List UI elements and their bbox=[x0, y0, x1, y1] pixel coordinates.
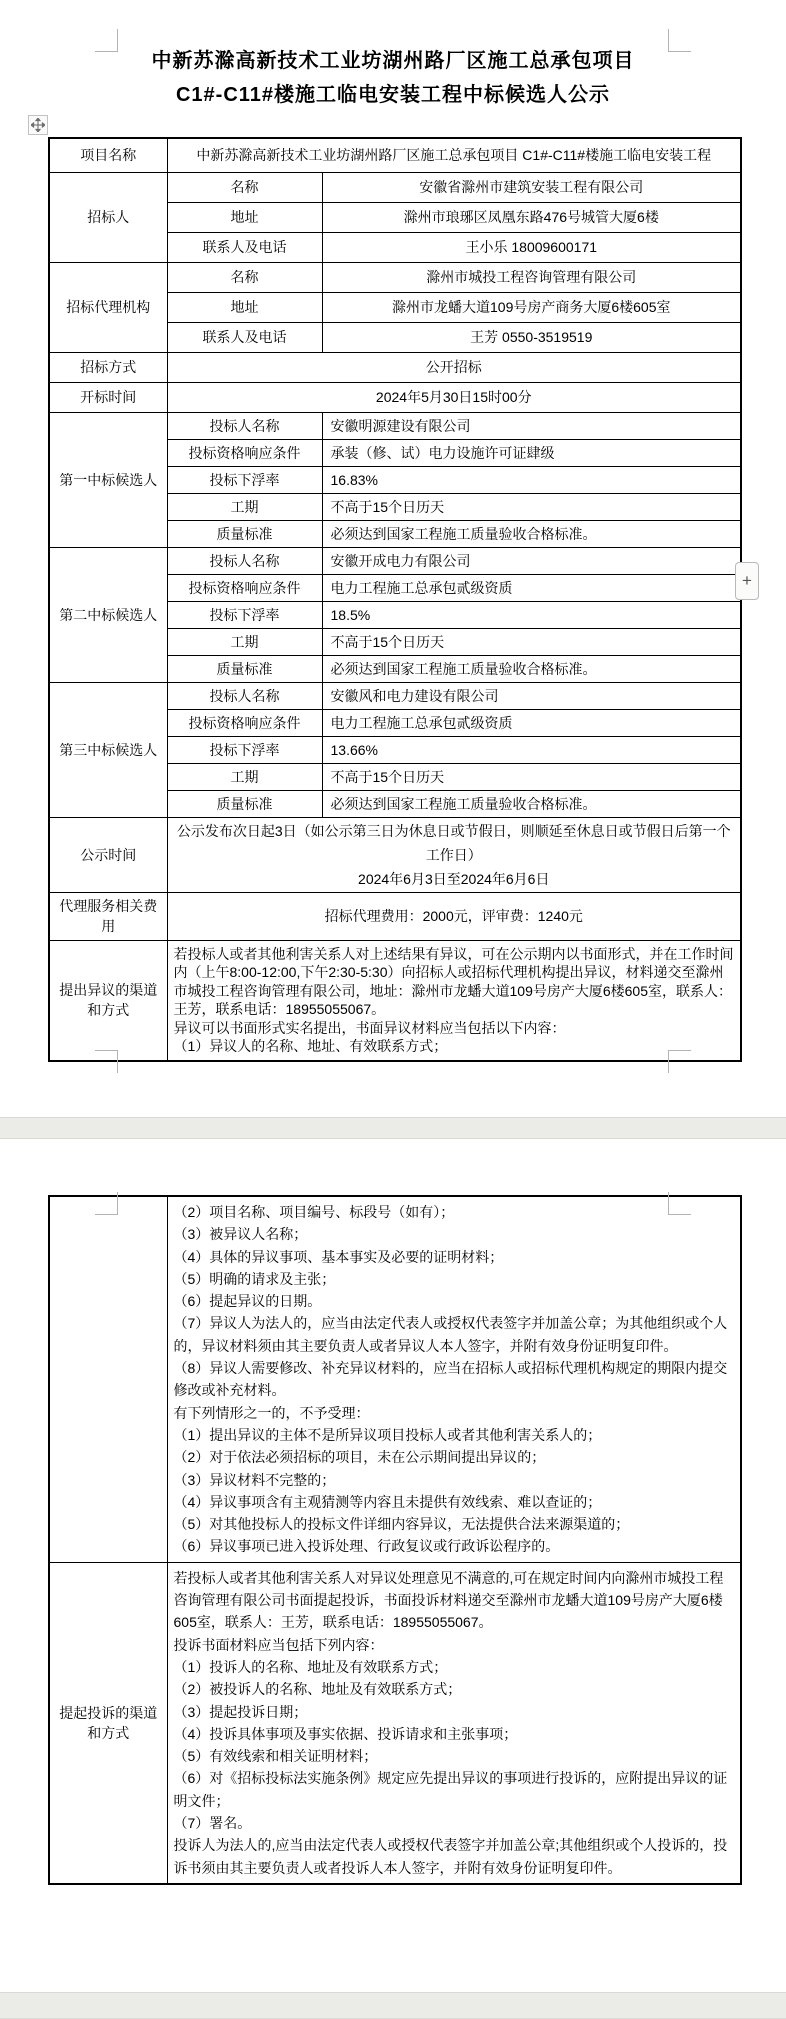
table-row: 公示时间 公示发布次日起3日（如公示第三日为休息日或节假日，则顺延至休息日或节假… bbox=[49, 817, 741, 892]
candidate2-label: 第二中标候选人 bbox=[49, 547, 167, 682]
page-2: （2）项目名称、项目编号、标段号（如有）； （3）被异议人名称； （4）具体的异… bbox=[0, 1139, 786, 1992]
agency-address-value: 滁州市龙蟠大道109号房产商务大厦6楼605室 bbox=[322, 292, 741, 322]
table-row: 第一中标候选人 投标人名称 安徽明源建设有限公司 bbox=[49, 412, 741, 439]
margin-corner-mark bbox=[668, 29, 691, 52]
candidate1-discount-value: 16.83% bbox=[322, 466, 741, 493]
agency-contact-value: 王芳 0550-3519519 bbox=[322, 322, 741, 352]
table-row: 项目名称 中新苏滁高新技术工业坊湖州路厂区施工总承包项目 C1#-C11#楼施工… bbox=[49, 138, 741, 172]
tenderer-contact-value: 王小乐 18009600171 bbox=[322, 232, 741, 262]
document-viewport: 中新苏滁高新技术工业坊湖州路厂区施工总承包项目 C1#-C11#楼施工临电安装工… bbox=[0, 0, 786, 2019]
objection-channel-text-page1: 若投标人或者其他利害关系人对上述结果有异议，可在公示期内以书面形式，并在工作时间… bbox=[167, 940, 741, 1061]
candidate1-bidder-label: 投标人名称 bbox=[167, 412, 322, 439]
tenderer-name-label: 名称 bbox=[167, 172, 322, 202]
table-row: 第二中标候选人 投标人名称 安徽开成电力有限公司 bbox=[49, 547, 741, 574]
candidate3-duration-value: 不高于15个日历天 bbox=[322, 763, 741, 790]
table-row: 招标方式 公开招标 bbox=[49, 352, 741, 382]
candidate1-qualification-value: 承装（修、试）电力设施许可证肆级 bbox=[322, 439, 741, 466]
publicity-time-label: 公示时间 bbox=[49, 817, 167, 892]
candidate3-bidder-label: 投标人名称 bbox=[167, 682, 322, 709]
agency-name-label: 名称 bbox=[167, 262, 322, 292]
move-icon bbox=[31, 118, 45, 132]
objection-channel-label-continued bbox=[49, 1196, 167, 1562]
agency-label: 招标代理机构 bbox=[49, 262, 167, 352]
tenderer-contact-label: 联系人及电话 bbox=[167, 232, 322, 262]
candidate3-quality-label: 质量标准 bbox=[167, 790, 322, 817]
bid-result-table-continued: （2）项目名称、项目编号、标段号（如有）； （3）被异议人名称； （4）具体的异… bbox=[48, 1195, 742, 1885]
candidate3-bidder-value: 安徽风和电力建设有限公司 bbox=[322, 682, 741, 709]
candidate2-quality-value: 必须达到国家工程施工质量验收合格标准。 bbox=[322, 655, 741, 682]
candidate3-discount-label: 投标下浮率 bbox=[167, 736, 322, 763]
candidate2-quality-label: 质量标准 bbox=[167, 655, 322, 682]
candidate1-duration-value: 不高于15个日历天 bbox=[322, 493, 741, 520]
bid-method-label: 招标方式 bbox=[49, 352, 167, 382]
margin-corner-mark bbox=[668, 1192, 691, 1215]
complaint-channel-label: 提起投诉的渠道和方式 bbox=[49, 1562, 167, 1884]
candidate1-discount-label: 投标下浮率 bbox=[167, 466, 322, 493]
candidate3-qualification-label: 投标资格响应条件 bbox=[167, 709, 322, 736]
document-title-line2: C1#-C11#楼施工临电安装工程中标候选人公示 bbox=[0, 78, 786, 112]
agency-fee-value: 招标代理费用：2000元，评审费：1240元 bbox=[167, 892, 741, 940]
table-row: 第三中标候选人 投标人名称 安徽风和电力建设有限公司 bbox=[49, 682, 741, 709]
table-row: 提起投诉的渠道和方式 若投标人或者其他利害关系人对异议处理意见不满意的,可在规定… bbox=[49, 1562, 741, 1884]
agency-fee-label: 代理服务相关费用 bbox=[49, 892, 167, 940]
candidate1-qualification-label: 投标资格响应条件 bbox=[167, 439, 322, 466]
candidate1-bidder-value: 安徽明源建设有限公司 bbox=[322, 412, 741, 439]
bid-open-time-label: 开标时间 bbox=[49, 382, 167, 412]
project-name-value: 中新苏滁高新技术工业坊湖州路厂区施工总承包项目 C1#-C11#楼施工临电安装工… bbox=[167, 138, 741, 172]
bid-open-time-value: 2024年5月30日15时00分 bbox=[167, 382, 741, 412]
candidate2-discount-label: 投标下浮率 bbox=[167, 601, 322, 628]
candidate3-label: 第三中标候选人 bbox=[49, 682, 167, 817]
table-row: 开标时间 2024年5月30日15时00分 bbox=[49, 382, 741, 412]
margin-corner-mark bbox=[668, 1050, 691, 1073]
page-1: 中新苏滁高新技术工业坊湖州路厂区施工总承包项目 C1#-C11#楼施工临电安装工… bbox=[0, 0, 786, 1117]
candidate2-bidder-label: 投标人名称 bbox=[167, 547, 322, 574]
page-break-gap bbox=[0, 1117, 786, 1139]
publicity-time-value: 公示发布次日起3日（如公示第三日为休息日或节假日，则顺延至休息日或节假日后第一个… bbox=[167, 817, 741, 892]
table-row: 代理服务相关费用 招标代理费用：2000元，评审费：1240元 bbox=[49, 892, 741, 940]
candidate1-quality-value: 必须达到国家工程施工质量验收合格标准。 bbox=[322, 520, 741, 547]
candidate1-label: 第一中标候选人 bbox=[49, 412, 167, 547]
page-break-gap-bottom bbox=[0, 1992, 786, 2019]
table-row: 招标代理机构 名称 滁州市城投工程咨询管理有限公司 bbox=[49, 262, 741, 292]
table-row: 提出异议的渠道和方式 若投标人或者其他利害关系人对上述结果有异议，可在公示期内以… bbox=[49, 940, 741, 1061]
agency-contact-label: 联系人及电话 bbox=[167, 322, 322, 352]
plus-icon: + bbox=[742, 571, 752, 590]
candidate2-duration-label: 工期 bbox=[167, 628, 322, 655]
candidate2-bidder-value: 安徽开成电力有限公司 bbox=[322, 547, 741, 574]
margin-corner-mark bbox=[95, 1050, 118, 1073]
tenderer-label: 招标人 bbox=[49, 172, 167, 262]
candidate3-qualification-value: 电力工程施工总承包贰级资质 bbox=[322, 709, 741, 736]
candidate2-discount-value: 18.5% bbox=[322, 601, 741, 628]
candidate2-qualification-label: 投标资格响应条件 bbox=[167, 574, 322, 601]
tenderer-name-value: 安徽省滁州市建筑安装工程有限公司 bbox=[322, 172, 741, 202]
tenderer-address-value: 滁州市琅琊区凤凰东路476号城管大厦6楼 bbox=[322, 202, 741, 232]
project-name-label: 项目名称 bbox=[49, 138, 167, 172]
margin-corner-mark bbox=[95, 1192, 118, 1215]
agency-address-label: 地址 bbox=[167, 292, 322, 322]
table-row: 招标人 名称 安徽省滁州市建筑安装工程有限公司 bbox=[49, 172, 741, 202]
table-move-handle[interactable] bbox=[28, 115, 48, 135]
candidate1-quality-label: 质量标准 bbox=[167, 520, 322, 547]
document-title: 中新苏滁高新技术工业坊湖州路厂区施工总承包项目 C1#-C11#楼施工临电安装工… bbox=[0, 44, 786, 112]
tenderer-address-label: 地址 bbox=[167, 202, 322, 232]
objection-channel-text-page2: （2）项目名称、项目编号、标段号（如有）； （3）被异议人名称； （4）具体的异… bbox=[167, 1196, 741, 1562]
agency-name-value: 滁州市城投工程咨询管理有限公司 bbox=[322, 262, 741, 292]
candidate3-duration-label: 工期 bbox=[167, 763, 322, 790]
bid-result-table: 项目名称 中新苏滁高新技术工业坊湖州路厂区施工总承包项目 C1#-C11#楼施工… bbox=[48, 137, 742, 1062]
objection-channel-label: 提出异议的渠道和方式 bbox=[49, 940, 167, 1061]
candidate2-qualification-value: 电力工程施工总承包贰级资质 bbox=[322, 574, 741, 601]
candidate2-duration-value: 不高于15个日历天 bbox=[322, 628, 741, 655]
candidate3-discount-value: 13.66% bbox=[322, 736, 741, 763]
table-row: （2）项目名称、项目编号、标段号（如有）； （3）被异议人名称； （4）具体的异… bbox=[49, 1196, 741, 1562]
margin-corner-mark bbox=[95, 29, 118, 52]
candidate3-quality-value: 必须达到国家工程施工质量验收合格标准。 bbox=[322, 790, 741, 817]
plus-button[interactable]: + bbox=[735, 562, 759, 600]
candidate1-duration-label: 工期 bbox=[167, 493, 322, 520]
bid-method-value: 公开招标 bbox=[167, 352, 741, 382]
complaint-channel-text: 若投标人或者其他利害关系人对异议处理意见不满意的,可在规定时间内向滁州市城投工程… bbox=[167, 1562, 741, 1884]
